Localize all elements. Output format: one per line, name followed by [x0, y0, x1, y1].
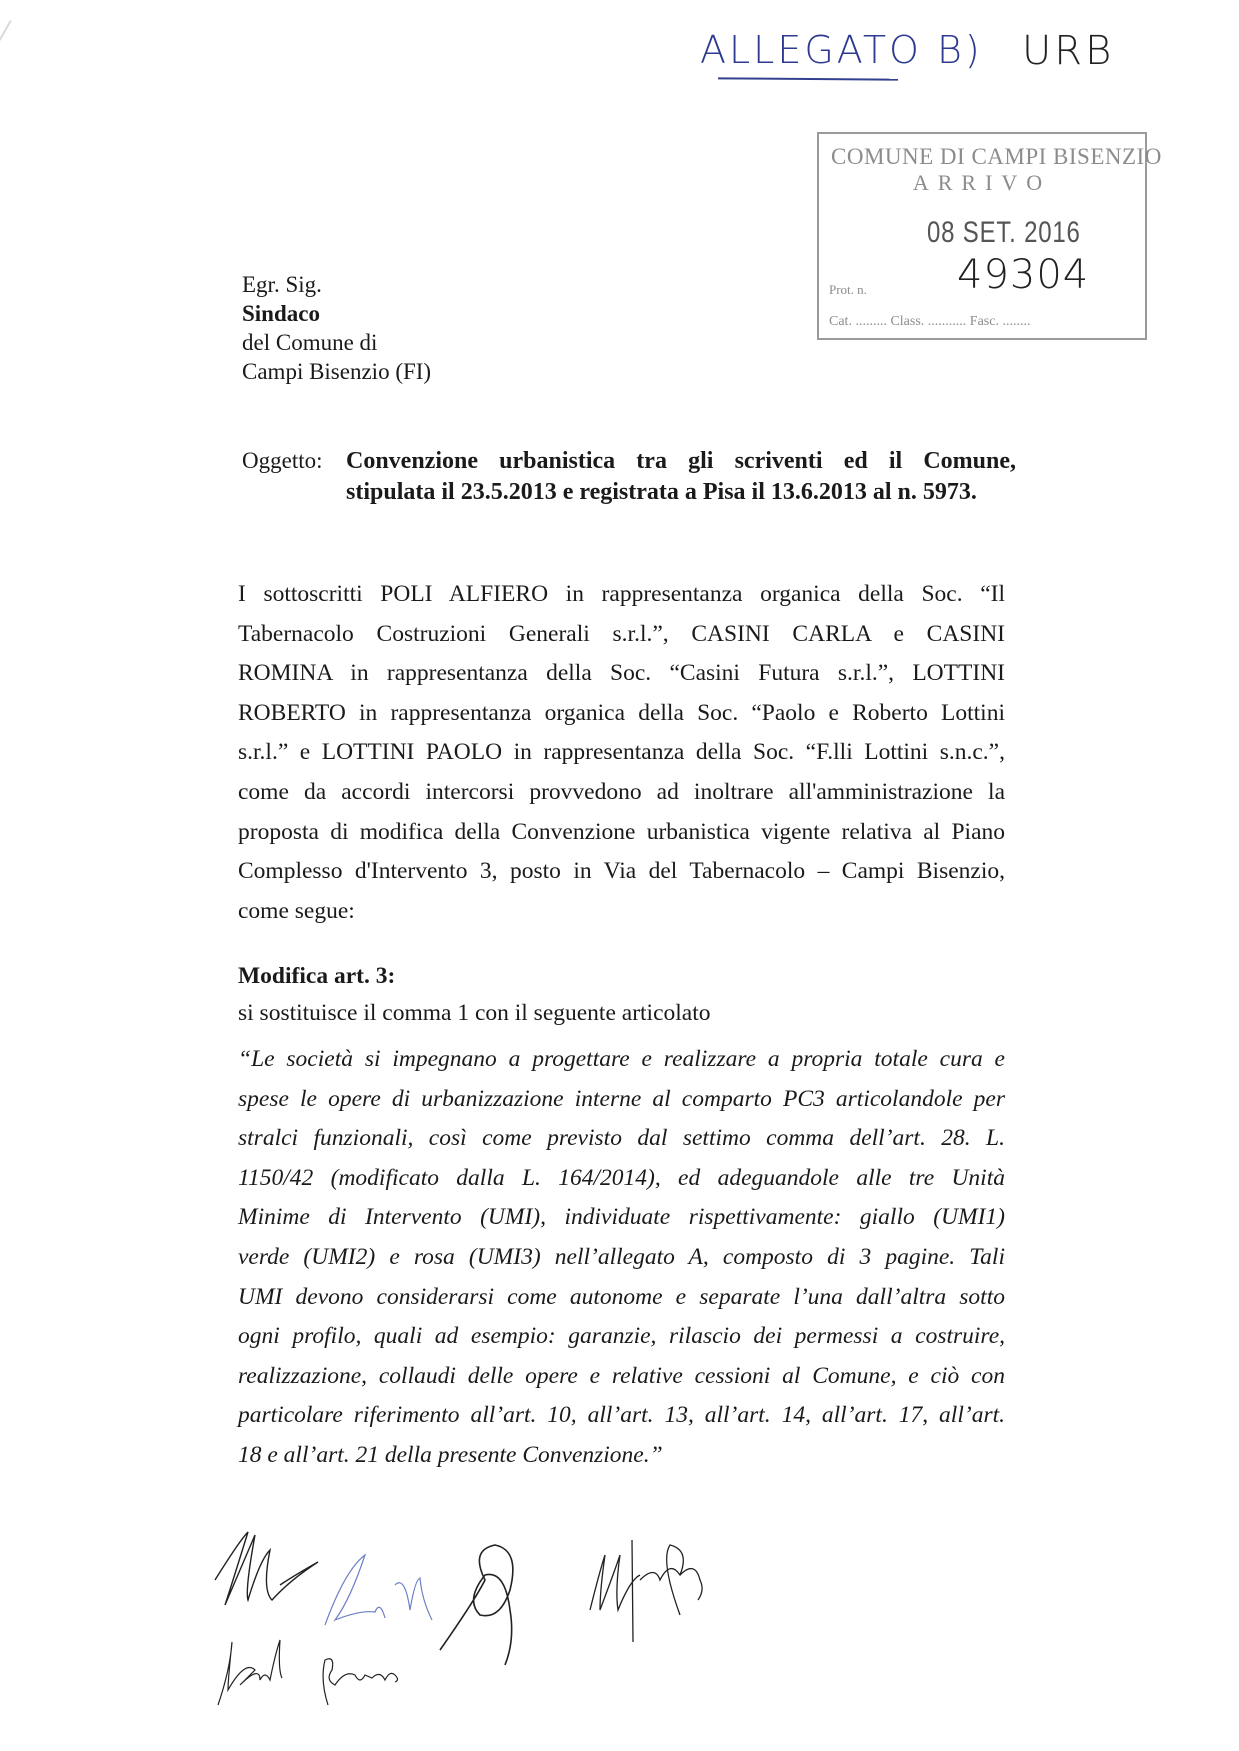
text-line: stralci funzionali, così come previsto d…: [238, 1119, 1005, 1159]
section-heading: Modifica art. 3:: [238, 963, 395, 990]
text-line: Complesso d'Intervento 3, posto in Via d…: [238, 852, 1005, 892]
text-line: ogni profilo, quali ad esempio: garanzie…: [238, 1317, 1005, 1357]
text-line: I sottoscritti POLI ALFIERO in rappresen…: [238, 575, 1005, 615]
subject-line-1: Convenzione urbanistica tra gli scrivent…: [346, 446, 1016, 477]
text-line: Minime di Intervento (UMI), individuate …: [238, 1198, 1005, 1238]
text-line: realizzazione, collaudi delle opere e re…: [238, 1357, 1005, 1397]
recipient-title: Sindaco: [242, 299, 431, 328]
text-line: “Le società si impegnano a progettare e …: [238, 1040, 1005, 1080]
signature-lottini-paolo: [590, 1540, 702, 1642]
subject-line-2: stipulata il 23.5.2013 e registrata a Pi…: [346, 477, 1016, 508]
subject-label: Oggetto:: [242, 448, 323, 474]
text-line: come segue:: [238, 892, 1005, 932]
signature-lottini-roberto: [215, 1532, 318, 1605]
scan-artifact: [0, 20, 12, 125]
stamp-prot-number: 49304: [957, 252, 1089, 298]
signatures-area: [200, 1530, 1100, 1751]
intro-paragraph: I sottoscritti POLI ALFIERO in rappresen…: [238, 575, 1005, 931]
text-line: verde (UMI2) e rosa (UMI3) nell’allegato…: [238, 1238, 1005, 1278]
text-line: particolare riferimento all’art. 10, all…: [238, 1396, 1005, 1436]
handwritten-underline: [718, 77, 898, 80]
text-line: come da accordi intercorsi provvedono ad…: [238, 773, 1005, 813]
signature-casini-blue: [325, 1555, 432, 1625]
text-line: s.r.l.” e LOTTINI PAOLO in rappresentanz…: [238, 733, 1005, 773]
recipient-office: del Comune di: [242, 328, 431, 357]
text-line: ROBERTO in rappresentanza organica della…: [238, 694, 1005, 734]
text-line: 18 e all’art. 21 della presente Convenzi…: [238, 1436, 1005, 1476]
quoted-article: “Le società si impegnano a progettare e …: [238, 1040, 1005, 1476]
text-line: Tabernacolo Costruzioni Generali s.r.l.”…: [238, 615, 1005, 655]
handwritten-office-code: URB: [1022, 28, 1114, 74]
text-line: UMI devono considerarsi come autonome e …: [238, 1278, 1005, 1318]
text-line: spese le opere di urbanizzazione interne…: [238, 1080, 1005, 1120]
text-line: 1150/42 (modificato dalla L. 164/2014), …: [238, 1159, 1005, 1199]
signature-loop: [440, 1545, 513, 1665]
stamp-classification-row: Cat. ......... Class. ........... Fasc. …: [829, 314, 1030, 330]
recipient-address: Egr. Sig. Sindaco del Comune di Campi Bi…: [242, 270, 431, 386]
recipient-salutation: Egr. Sig.: [242, 270, 431, 299]
text-line: ROMINA in rappresentanza della Soc. “Cas…: [238, 654, 1005, 694]
subject-text: Convenzione urbanistica tra gli scrivent…: [346, 446, 1016, 508]
stamp-status: ARRIVO: [819, 170, 1145, 196]
substitution-line: si sostituisce il comma 1 con il seguent…: [238, 1000, 711, 1027]
handwritten-allegato-label: ALLEGATO B): [700, 28, 983, 72]
reception-stamp: COMUNE DI CAMPI BISENZIO ARRIVO 08 SET. …: [817, 132, 1147, 340]
text-line: proposta di modifica della Convenzione u…: [238, 813, 1005, 853]
stamp-date: 08 SET. 2016: [927, 216, 1081, 250]
stamp-prot-label: Prot. n.: [829, 282, 867, 298]
recipient-city: Campi Bisenzio (FI): [242, 357, 431, 386]
signature-casini-carla: [218, 1640, 282, 1705]
stamp-title: COMUNE DI CAMPI BISENZIO: [831, 144, 1162, 170]
signature-casini-romina: [323, 1659, 397, 1705]
